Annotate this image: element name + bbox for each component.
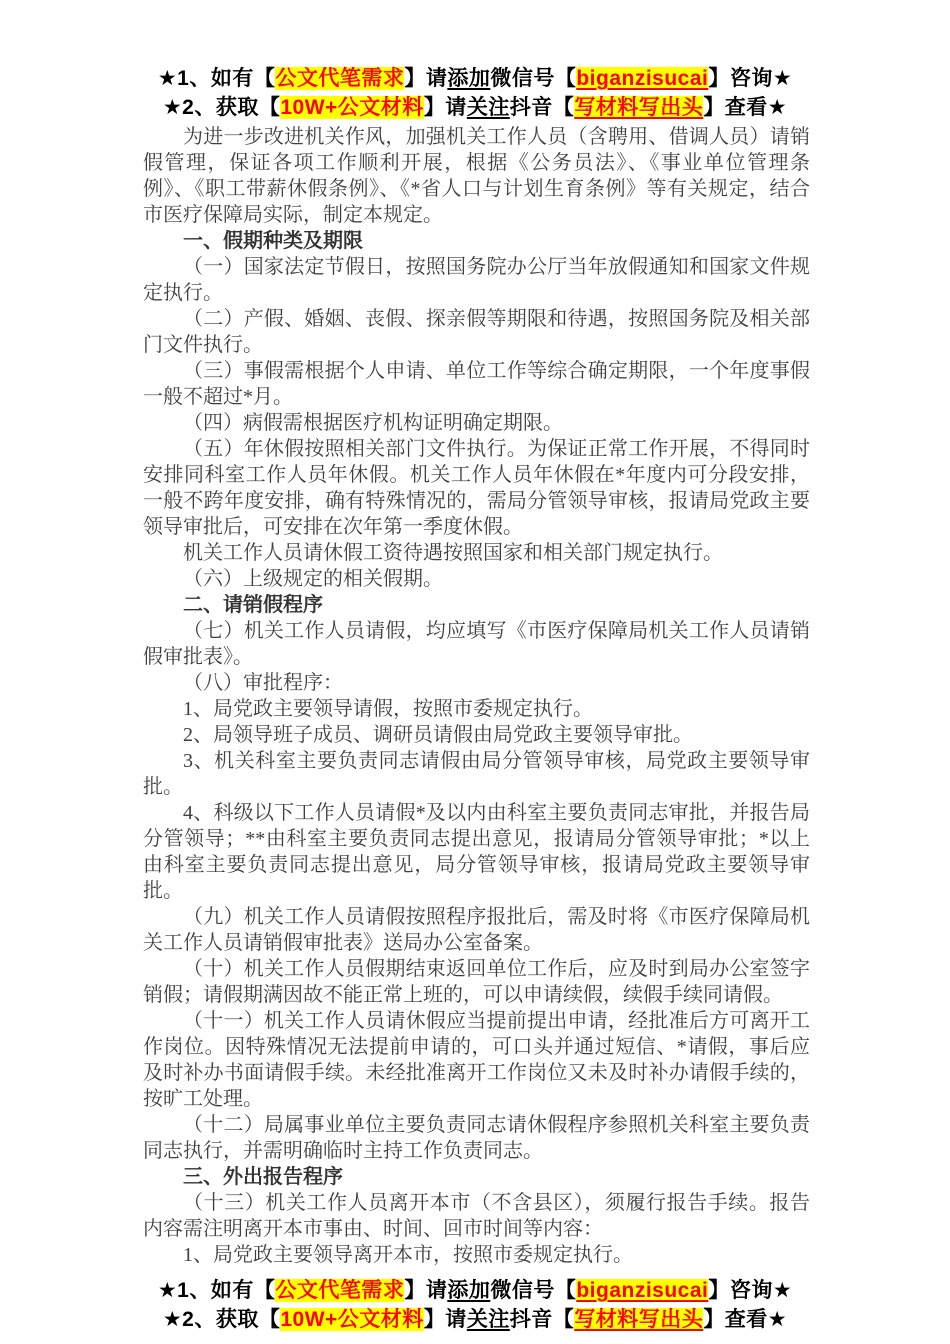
underlined-action: 关注: [467, 96, 510, 119]
promo-text: 】查看★: [703, 96, 787, 119]
paragraph: （八）审批程序：: [143, 670, 810, 696]
underlined-action: 关注: [467, 1308, 510, 1331]
paragraph: （十）机关工作人员假期结束返回单位工作后，应及时到局办公室签字销假；请假期满因故…: [143, 956, 810, 1008]
paragraph: （四）病假需根据医疗机构证明确定期限。: [143, 410, 810, 436]
promo-line-2: ★2、获取【10W+公文材料】请关注抖音【写材料写出头】查看★: [0, 1305, 950, 1334]
paragraph: （一）国家法定节假日，按照国务院办公厅当年放假通知和国家文件规定执行。: [143, 254, 810, 306]
paragraph: （五）年休假按照相关部门文件执行。为保证正常工作开展，不得同时安排同科室工作人员…: [143, 436, 810, 540]
promo-text: 】请: [404, 67, 447, 90]
paragraph: （九）机关工作人员请假按照程序报批后，需及时将《市医疗保障局机关工作人员请销假审…: [143, 904, 810, 956]
highlighted-keyword: 公文代笔需求: [275, 1279, 404, 1302]
promo-text: 】请: [424, 96, 467, 119]
paragraph: 2、局领导班子成员、调研员请假由局党政主要领导审批。: [143, 722, 810, 748]
promo-text: ★1、如有【: [158, 67, 276, 90]
section-heading: 三、外出报告程序: [143, 1164, 810, 1190]
douyin-account: 写材料写出头: [574, 96, 703, 119]
paragraph: （七）机关工作人员请假，均应填写《市医疗保障局机关工作人员请销假审批表》。: [143, 618, 810, 670]
underlined-action: 添加: [447, 67, 490, 90]
promo-text: 】咨询★: [708, 67, 792, 90]
document-page: ★1、如有【公文代笔需求】请添加微信号【biganzisucai】咨询★ ★2、…: [0, 0, 950, 1344]
wechat-id: biganzisucai: [576, 67, 708, 90]
promo-text: 抖音【: [510, 1308, 575, 1331]
document-body: 为进一步改进机关作风，加强机关工作人员（含聘用、借调人员）请销假管理，保证各项工…: [143, 124, 810, 1268]
highlighted-keyword: 公文代笔需求: [275, 67, 404, 90]
highlighted-keyword: 10W+公文材料: [280, 1308, 423, 1331]
promo-text: 微信号【: [490, 67, 576, 90]
paragraph: 3、机关科室主要负责同志请假由局分管领导审核，局党政主要领导审批。: [143, 748, 810, 800]
paragraph: （二）产假、婚姻、丧假、探亲假等期限和待遇，按照国务院及相关部门文件执行。: [143, 306, 810, 358]
douyin-account: 写材料写出头: [574, 1308, 703, 1331]
promo-text: ★2、获取【: [163, 1308, 281, 1331]
section-heading: 一、假期种类及期限: [143, 228, 810, 254]
paragraph: （十二）局属事业单位主要负责同志请休假程序参照机关科室主要负责同志执行，并需明确…: [143, 1112, 810, 1164]
promo-text: ★1、如有【: [158, 1279, 276, 1302]
paragraph: 1、局党政主要领导请假，按照市委规定执行。: [143, 696, 810, 722]
paragraph: （十三）机关工作人员离开本市（不含县区），须履行报告手续。报告内容需注明离开本市…: [143, 1190, 810, 1242]
paragraph: 为进一步改进机关作风，加强机关工作人员（含聘用、借调人员）请销假管理，保证各项工…: [143, 124, 810, 228]
paragraph: 1、局党政主要领导离开本市，按照市委规定执行。: [143, 1242, 810, 1268]
paragraph: （三）事假需根据个人申请、单位工作等综合确定期限，一个年度事假一般不超过*月。: [143, 358, 810, 410]
promo-line-1: ★1、如有【公文代笔需求】请添加微信号【biganzisucai】咨询★: [0, 64, 950, 93]
section-heading: 二、请销假程序: [143, 592, 810, 618]
wechat-id: biganzisucai: [576, 1279, 708, 1302]
paragraph: （十一）机关工作人员请休假应当提前提出申请，经批准后方可离开工作岗位。因特殊情况…: [143, 1008, 810, 1112]
underlined-action: 添加: [447, 1279, 490, 1302]
paragraph: （六）上级规定的相关假期。: [143, 566, 810, 592]
promo-banner-top: ★1、如有【公文代笔需求】请添加微信号【biganzisucai】咨询★ ★2、…: [0, 0, 950, 122]
promo-line-2: ★2、获取【10W+公文材料】请关注抖音【写材料写出头】查看★: [0, 93, 950, 122]
promo-banner-bottom: ★1、如有【公文代笔需求】请添加微信号【biganzisucai】咨询★ ★2、…: [0, 1276, 950, 1334]
paragraph: 机关工作人员请休假工资待遇按照国家和相关部门规定执行。: [143, 540, 810, 566]
promo-line-1: ★1、如有【公文代笔需求】请添加微信号【biganzisucai】咨询★: [0, 1276, 950, 1305]
promo-text: 】查看★: [703, 1308, 787, 1331]
promo-text: 】请: [404, 1279, 447, 1302]
promo-text: 微信号【: [490, 1279, 576, 1302]
promo-text: 】请: [424, 1308, 467, 1331]
paragraph: 4、科级以下工作人员请假*及以内由科室主要负责同志审批，并报告局分管领导；**由…: [143, 800, 810, 904]
promo-text: ★2、获取【: [163, 96, 281, 119]
highlighted-keyword: 10W+公文材料: [280, 96, 423, 119]
promo-text: 抖音【: [510, 96, 575, 119]
promo-text: 】咨询★: [708, 1279, 792, 1302]
